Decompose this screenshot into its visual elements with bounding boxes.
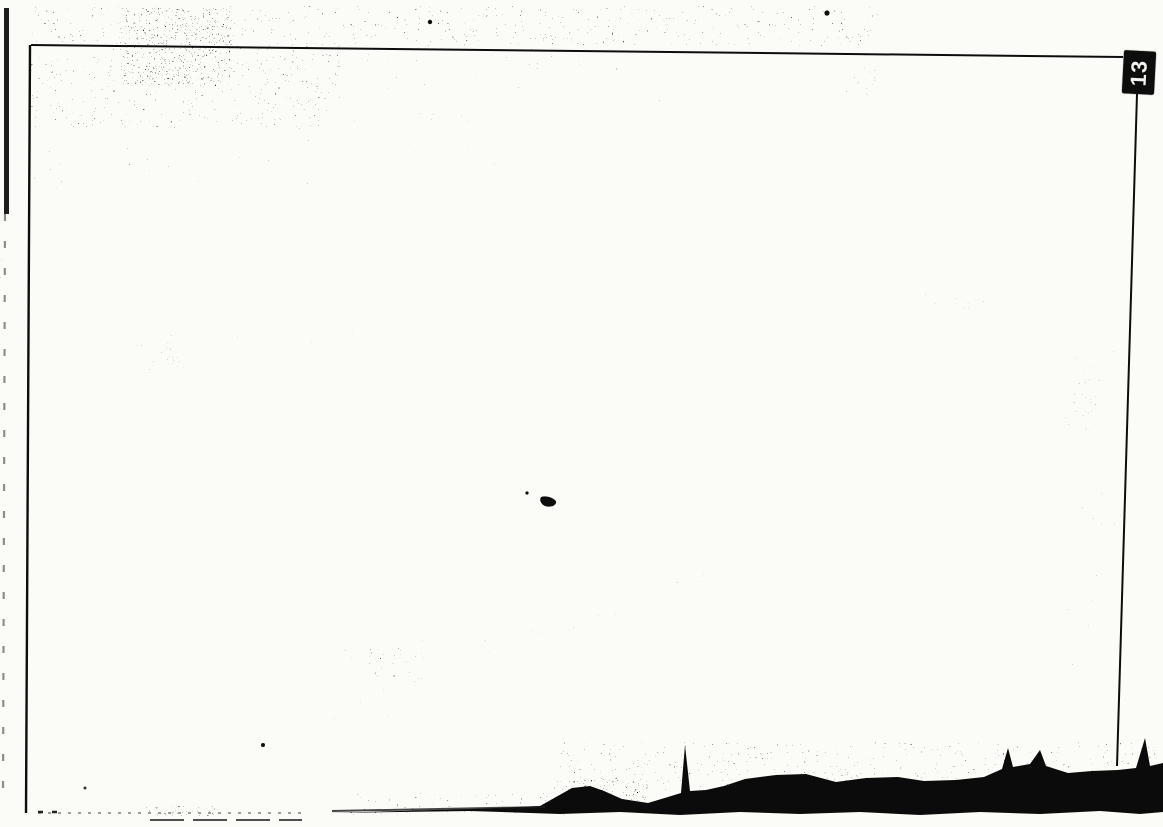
scan-artifacts-layer	[0, 0, 1163, 827]
noise-patch	[30, 55, 330, 127]
speck-dot	[84, 787, 87, 790]
scanned-document-page: 13	[0, 0, 1163, 827]
noise-patch	[655, 18, 885, 48]
smudge-cluster	[393, 694, 471, 722]
smudge-cluster	[136, 342, 184, 370]
ink-dot	[428, 20, 432, 24]
spine-bar	[4, 8, 9, 214]
speck-dot	[261, 743, 265, 747]
smear-dark-cluster	[553, 780, 648, 812]
page-number-tab: 13	[1122, 50, 1156, 95]
page-number: 13	[1127, 59, 1150, 87]
spine-noise	[0, 150, 4, 410]
smudge-top-center	[385, 110, 580, 178]
smear-halo-noise	[640, 700, 1100, 750]
ink-dot	[525, 491, 528, 494]
smudge-cluster	[320, 676, 394, 728]
smudge-patch	[530, 543, 615, 588]
noise-patch	[880, 0, 1163, 45]
smudge-vertical-right	[938, 290, 996, 690]
ink-dot	[824, 10, 829, 15]
noise-patch	[30, 118, 315, 190]
dark-dash-cluster	[143, 806, 219, 816]
smudge-cluster	[76, 414, 114, 436]
